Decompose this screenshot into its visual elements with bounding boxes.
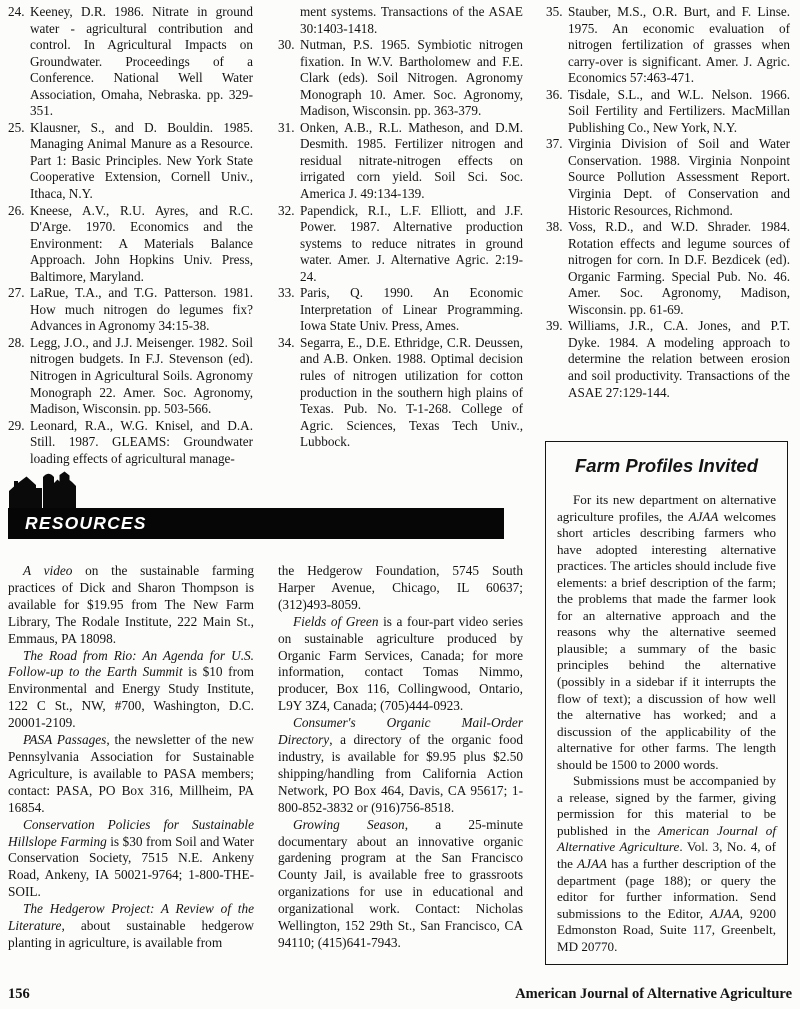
reference-item: 28.Legg, J.O., and J.J. Meisenger. 1982.… [8, 335, 253, 418]
farm-profiles-box-title: Farm Profiles Invited [557, 455, 776, 477]
text-run: the Hedgerow Foundation, 5745 South Harp… [278, 563, 523, 612]
text-run: welcomes short articles describing farme… [557, 509, 776, 772]
italic-text: AJAA [577, 856, 607, 871]
farm-profiles-invited-box: Farm Profiles Invited For its new depart… [545, 441, 788, 965]
paragraph: Fields of Green is a four-part video ser… [278, 614, 523, 715]
reference-text: ment systems. Transactions of the ASAE 3… [300, 4, 523, 36]
reference-text: Nutman, P.S. 1965. Symbiotic nitrogen fi… [300, 37, 523, 118]
reference-item: 24.Keeney, D.R. 1986. Nitrate in ground … [8, 4, 253, 120]
reference-number: 32. [278, 203, 294, 220]
reference-number: 35. [546, 4, 562, 21]
reference-number: 28. [8, 335, 24, 352]
reference-number: 29. [8, 418, 24, 435]
reference-item: 37.Virginia Division of Soil and Water C… [546, 136, 790, 219]
reference-number: 36. [546, 87, 562, 104]
text-run: , a 25-minute documentary about an innov… [278, 817, 523, 950]
reference-text: Voss, R.D., and W.D. Shrader. 1984. Rota… [568, 219, 790, 317]
italic-text: A video [23, 563, 72, 578]
resources-section-title: RESOURCES [8, 513, 147, 534]
paragraph: PASA Passages, the newsletter of the new… [8, 732, 254, 817]
reference-item: 26.Kneese, A.V., R.U. Ayres, and R.C. D'… [8, 203, 253, 286]
reference-number: 31. [278, 120, 294, 137]
reference-item: 39.Williams, J.R., C.A. Jones, and P.T. … [546, 318, 790, 401]
reference-text: Kneese, A.V., R.U. Ayres, and R.C. D'Arg… [30, 203, 253, 284]
reference-text: Paris, Q. 1990. An Economic Interpretati… [300, 285, 523, 333]
resources-column-2: the Hedgerow Foundation, 5745 South Harp… [278, 563, 523, 952]
references-column-3: 35.Stauber, M.S., O.R. Burt, and F. Lins… [546, 4, 790, 401]
farm-profiles-box-body: For its new department on alternative ag… [557, 492, 776, 955]
reference-item: 27.LaRue, T.A., and T.G. Patterson. 1981… [8, 285, 253, 335]
reference-item: 25.Klausner, S., and D. Bouldin. 1985. M… [8, 120, 253, 203]
page-number: 156 [8, 986, 30, 1003]
reference-number: 26. [8, 203, 24, 220]
paragraph: Consumer's Organic Mail-Order Directory,… [278, 715, 523, 816]
reference-number: 39. [546, 318, 562, 335]
italic-text: Fields of Green [293, 614, 379, 629]
references-column-1: 24.Keeney, D.R. 1986. Nitrate in ground … [8, 4, 253, 467]
reference-text: Segarra, E., D.E. Ethridge, C.R. Deussen… [300, 335, 523, 449]
reference-item: ment systems. Transactions of the ASAE 3… [278, 4, 523, 37]
reference-item: 33.Paris, Q. 1990. An Economic Interpret… [278, 285, 523, 335]
paragraph: The Hedgerow Project: A Review of the Li… [8, 901, 254, 952]
reference-text: Papendick, R.I., L.F. Elliott, and J.F. … [300, 203, 523, 284]
reference-number: 27. [8, 285, 24, 302]
reference-item: 29.Leonard, R.A., W.G. Knisel, and D.A. … [8, 418, 253, 468]
italic-text: PASA Passages [23, 732, 106, 747]
italic-text: AJAA [689, 509, 719, 524]
reference-item: 38.Voss, R.D., and W.D. Shrader. 1984. R… [546, 219, 790, 318]
reference-text: Leonard, R.A., W.G. Knisel, and D.A. Sti… [30, 418, 253, 466]
reference-number: 30. [278, 37, 294, 54]
resources-section-banner: RESOURCES [8, 508, 504, 539]
italic-text: Growing Season [293, 817, 405, 832]
italic-text: AJAA [710, 906, 740, 921]
farm-buildings-icon [9, 470, 76, 509]
journal-name: American Journal of Alternative Agricult… [515, 986, 792, 1003]
resources-column-1: A video on the sustainable farming pract… [8, 563, 254, 952]
reference-text: Keeney, D.R. 1986. Nitrate in ground wat… [30, 4, 253, 118]
reference-text: Legg, J.O., and J.J. Meisenger. 1982. So… [30, 335, 253, 416]
reference-item: 35.Stauber, M.S., O.R. Burt, and F. Lins… [546, 4, 790, 87]
reference-number: 38. [546, 219, 562, 236]
reference-text: LaRue, T.A., and T.G. Patterson. 1981. H… [30, 285, 253, 333]
paragraph: Submissions must be accompanied by a rel… [557, 773, 776, 955]
reference-number: 37. [546, 136, 562, 153]
paragraph: Conservation Policies for Sustainable Hi… [8, 817, 254, 902]
reference-text: Williams, J.R., C.A. Jones, and P.T. Dyk… [568, 318, 790, 399]
reference-number: 34. [278, 335, 294, 352]
reference-item: 32.Papendick, R.I., L.F. Elliott, and J.… [278, 203, 523, 286]
reference-text: Tisdale, S.L., and W.L. Nelson. 1966. So… [568, 87, 790, 135]
reference-text: Onken, A.B., R.L. Matheson, and D.M. Des… [300, 120, 523, 201]
paragraph: The Road from Rio: An Agenda for U.S. Fo… [8, 648, 254, 733]
paragraph: Growing Season, a 25-minute documentary … [278, 817, 523, 952]
reference-text: Stauber, M.S., O.R. Burt, and F. Linse. … [568, 4, 790, 85]
reference-item: 30.Nutman, P.S. 1965. Symbiotic nitrogen… [278, 37, 523, 120]
reference-text: Klausner, S., and D. Bouldin. 1985. Mana… [30, 120, 253, 201]
references-column-2: ment systems. Transactions of the ASAE 3… [278, 4, 523, 451]
reference-item: 36.Tisdale, S.L., and W.L. Nelson. 1966.… [546, 87, 790, 137]
reference-text: Virginia Division of Soil and Water Cons… [568, 136, 790, 217]
reference-number: 25. [8, 120, 24, 137]
paragraph: A video on the sustainable farming pract… [8, 563, 254, 648]
reference-item: 31.Onken, A.B., R.L. Matheson, and D.M. … [278, 120, 523, 203]
reference-number: 24. [8, 4, 24, 21]
reference-number: 33. [278, 285, 294, 302]
reference-item: 34.Segarra, E., D.E. Ethridge, C.R. Deus… [278, 335, 523, 451]
paragraph: the Hedgerow Foundation, 5745 South Harp… [278, 563, 523, 614]
paragraph: For its new department on alternative ag… [557, 492, 776, 773]
